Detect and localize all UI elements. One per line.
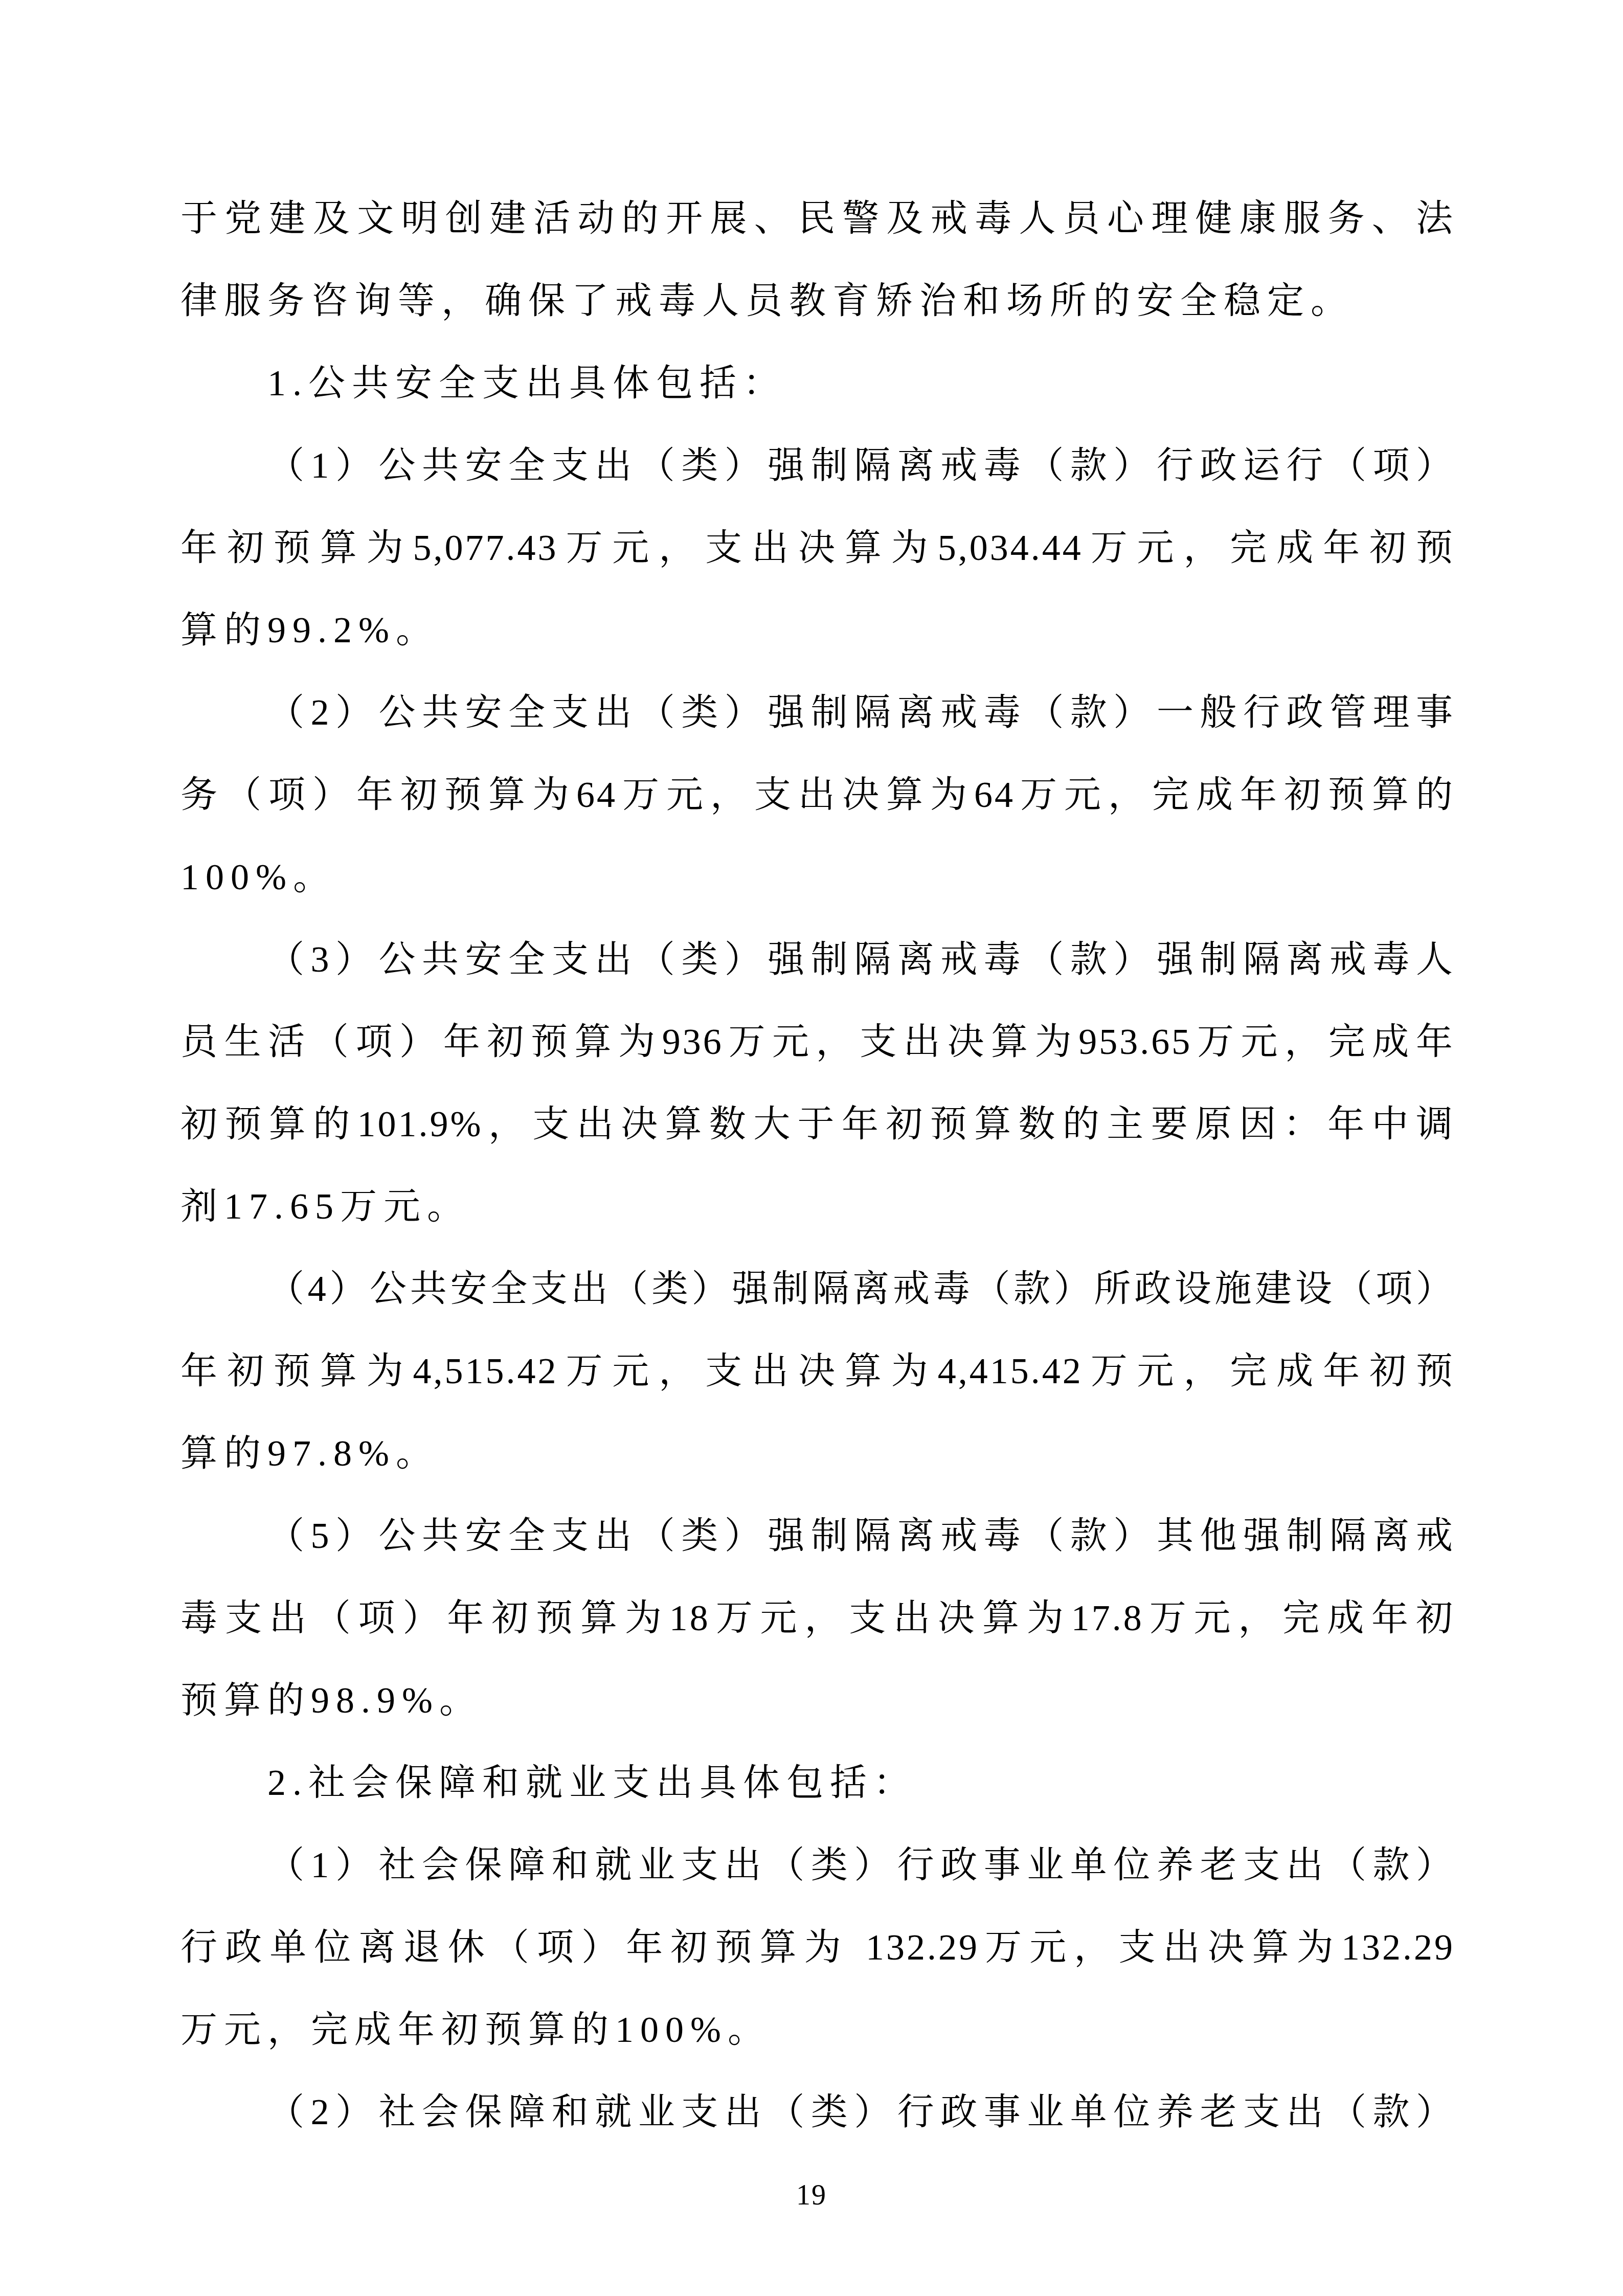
text-line: 初预算的101.9%，支出决算数大于年初预算数的主要原因：年中调 — [181, 1083, 1455, 1165]
text-line: 2.社会保障和就业支出具体包括： — [181, 1742, 1455, 1824]
text-block: 于党建及文明创建活动的开展、民警及戒毒人员心理健康服务、法律服务咨询等，确保了戒… — [181, 177, 1455, 2153]
text-line: 于党建及文明创建活动的开展、民警及戒毒人员心理健康服务、法 — [181, 177, 1455, 260]
text-line: 剂17.65万元。 — [181, 1165, 1455, 1248]
text-line: （1）社会保障和就业支出（类）行政事业单位养老支出（款） — [181, 1824, 1455, 1906]
text-line: 100%。 — [181, 836, 1455, 918]
text-line: 算的97.8%。 — [181, 1412, 1455, 1495]
text-line: （3）公共安全支出（类）强制隔离戒毒（款）强制隔离戒毒人 — [181, 918, 1455, 1001]
text-line: 万元，完成年初预算的100%。 — [181, 1989, 1455, 2071]
text-line: 毒支出（项）年初预算为18万元，支出决算为17.8万元，完成年初 — [181, 1577, 1455, 1659]
page-number: 19 — [0, 2175, 1623, 2216]
text-line: 律服务咨询等，确保了戒毒人员教育矫治和场所的安全稳定。 — [181, 260, 1455, 342]
text-line: 员生活（项）年初预算为936万元，支出决算为953.65万元，完成年 — [181, 1001, 1455, 1083]
text-line: （5）公共安全支出（类）强制隔离戒毒（款）其他强制隔离戒 — [181, 1495, 1455, 1577]
text-line: 1.公共安全支出具体包括： — [181, 342, 1455, 424]
text-line: 年初预算为5,077.43万元，支出决算为5,034.44万元，完成年初预 — [181, 507, 1455, 589]
text-line: 算的99.2%。 — [181, 589, 1455, 671]
text-line: 行政单位离退休（项）年初预算为 132.29万元，支出决算为132.29 — [181, 1906, 1455, 1989]
text-line: （2）公共安全支出（类）强制隔离戒毒（款）一般行政管理事 — [181, 671, 1455, 754]
text-line: 务（项）年初预算为64万元，支出决算为64万元，完成年初预算的 — [181, 754, 1455, 836]
text-line: （4）公共安全支出（类）强制隔离戒毒（款）所政设施建设（项） — [181, 1248, 1455, 1330]
text-line: （1）公共安全支出（类）强制隔离戒毒（款）行政运行（项） — [181, 424, 1455, 507]
text-line: 年初预算为4,515.42万元，支出决算为4,415.42万元，完成年初预 — [181, 1330, 1455, 1412]
document-page: 于党建及文明创建活动的开展、民警及戒毒人员心理健康服务、法律服务咨询等，确保了戒… — [0, 0, 1623, 2296]
text-line: 预算的98.9%。 — [181, 1659, 1455, 1742]
text-line: （2）社会保障和就业支出（类）行政事业单位养老支出（款） — [181, 2071, 1455, 2153]
